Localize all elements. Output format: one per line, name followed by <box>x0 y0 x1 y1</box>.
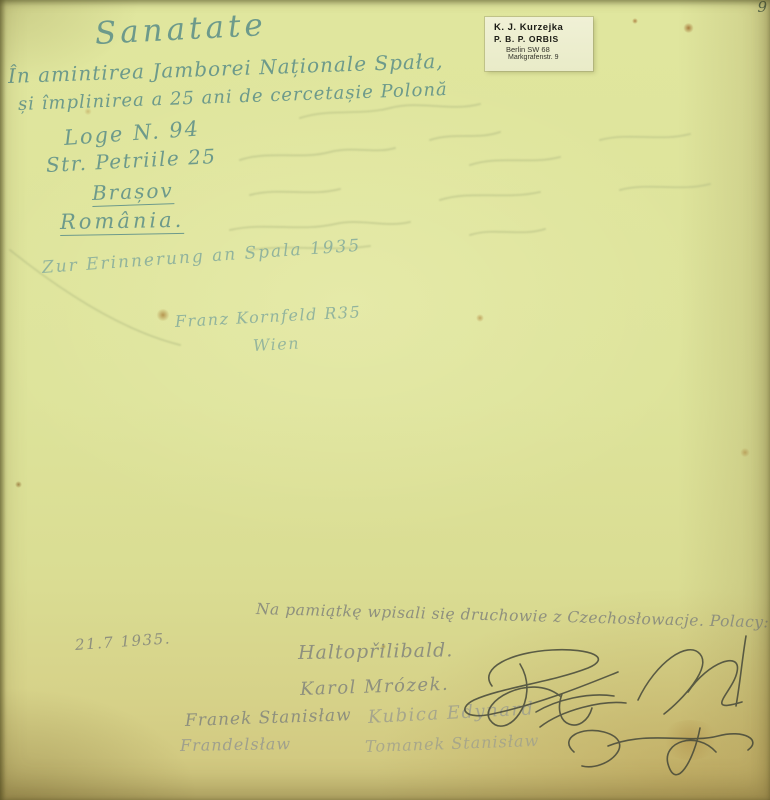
date: 21.7 1935. <box>74 629 171 654</box>
age-spot <box>156 309 170 321</box>
dedication-title: Sanatate <box>94 7 268 52</box>
ink-signature-3-stroke <box>736 636 746 706</box>
sticker-street: Markgrafenstr. 9 <box>494 54 593 63</box>
age-spot <box>476 314 484 322</box>
age-spot <box>660 720 720 760</box>
signature-kubica: Kubica Edynard <box>367 698 535 728</box>
signature-haltof: Haltopřilibald. <box>298 639 454 664</box>
dedication-country: România. <box>60 208 185 236</box>
ink-signature-2 <box>536 694 626 727</box>
sticker-city: Berlin SW 68 <box>494 45 593 54</box>
signature-franek: Franek Stanisław <box>185 705 352 731</box>
page-number-mark: 9 <box>757 0 767 16</box>
ink-signature-4-descender <box>667 728 716 775</box>
german-signature: Franz Kornfeld R35 <box>175 302 362 331</box>
sticker-company: P. B. P. ORBIS <box>494 34 593 45</box>
ink-signature-3 <box>638 650 742 714</box>
age-spot <box>632 18 638 24</box>
age-spot <box>740 448 750 457</box>
age-spot <box>683 23 694 33</box>
signature-frandel: Frandelsław <box>180 734 291 755</box>
signature-tomanek: Tomanek Stanisław <box>365 731 540 756</box>
german-city: Wien <box>253 334 301 355</box>
german-dedication-line: Zur Erinnerung an Spala 1935 <box>41 236 362 278</box>
scanned-autograph-page: 9 K. J. Kurzejka P. B. P. ORBIS Berlin S… <box>0 0 770 800</box>
age-spot <box>15 481 22 488</box>
dedication-city: Brașov <box>92 178 175 207</box>
ink-signature-4 <box>569 730 753 766</box>
polish-dedication-line: Na pamiątkę wpisali się druchowie z Czec… <box>256 600 770 631</box>
signature-mrozek: Karol Mrózek. <box>300 674 450 700</box>
orbis-address-sticker: K. J. Kurzejka P. B. P. ORBIS Berlin SW … <box>485 17 593 71</box>
sticker-name: K. J. Kurzejka <box>494 22 593 34</box>
